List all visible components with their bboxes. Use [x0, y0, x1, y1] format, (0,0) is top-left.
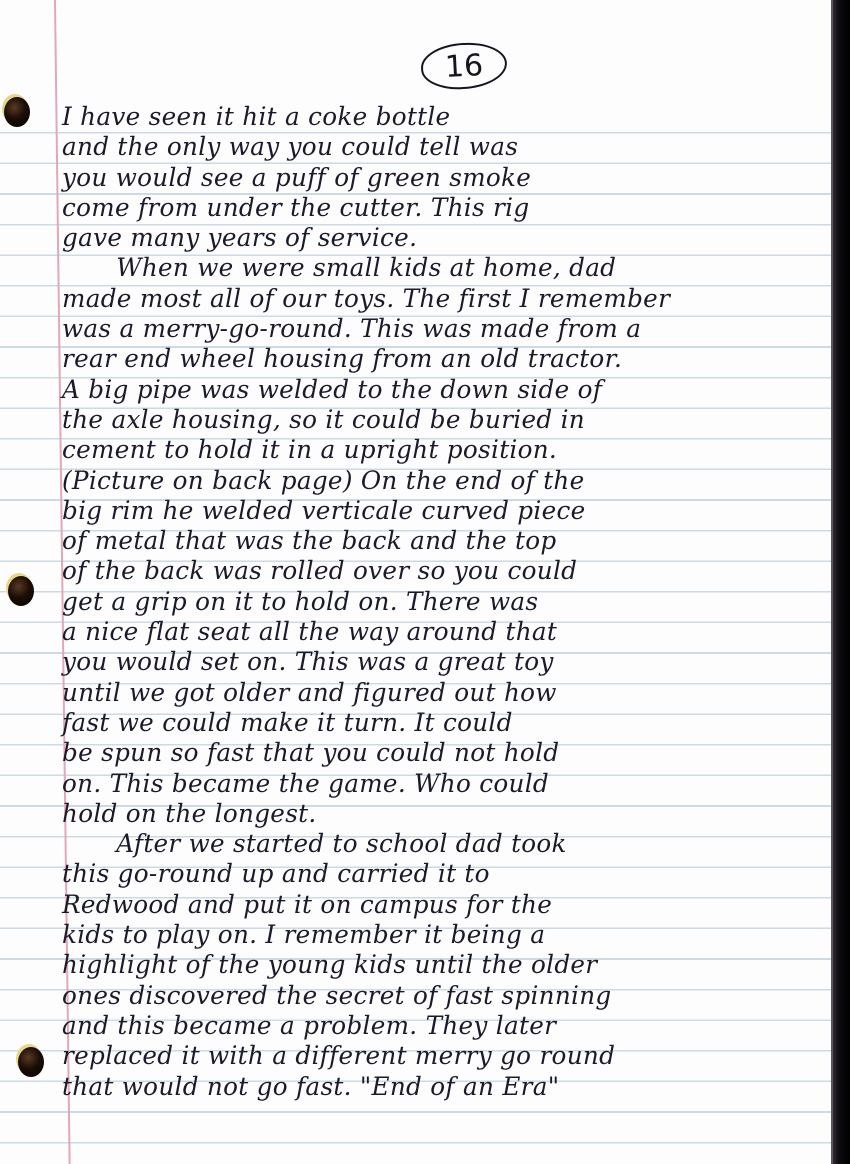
- text-line: get a grip on it to hold on. There was: [62, 587, 822, 617]
- text-line: I have seen it hit a coke bottle: [62, 102, 822, 132]
- text-line: made most all of our toys. The first I r…: [62, 284, 822, 314]
- text-line: kids to play on. I remember it being a: [62, 920, 822, 950]
- text-line: be spun so fast that you could not hold: [62, 738, 822, 768]
- text-line: replaced it with a different merry go ro…: [62, 1041, 822, 1071]
- text-line: hold on the longest.: [62, 799, 822, 829]
- hole-punch-icon: [8, 576, 34, 606]
- hole-punch-icon: [4, 97, 30, 127]
- text-line: gave many years of service.: [62, 223, 822, 253]
- text-line: rear end wheel housing from an old tract…: [62, 344, 822, 374]
- text-line: and this became a problem. They later: [62, 1011, 822, 1041]
- text-line: Redwood and put it on campus for the: [62, 890, 822, 920]
- text-line: you would set on. This was a great toy: [62, 647, 822, 677]
- text-line: the axle housing, so it could be buried …: [62, 405, 822, 435]
- page-edge-shadow: [832, 0, 850, 1164]
- text-line: was a merry-go-round. This was made from…: [62, 314, 822, 344]
- text-line: come from under the cutter. This rig: [62, 193, 822, 223]
- text-line: you would see a puff of green smoke: [62, 163, 822, 193]
- text-line: this go-round up and carried it to: [62, 859, 822, 889]
- handwritten-text: I have seen it hit a coke bottleand the …: [62, 102, 832, 1102]
- text-line: big rim he welded verticale curved piece: [62, 496, 822, 526]
- top-blank-area: [0, 0, 834, 104]
- text-line: When we were small kids at home, dad: [62, 253, 821, 283]
- hole-punch-icon: [18, 1047, 44, 1077]
- text-line: a nice flat seat all the way around that: [62, 617, 822, 647]
- text-line: After we started to school dad took: [62, 829, 821, 859]
- notebook-page: 16 I have seen it hit a coke bottleand t…: [0, 0, 834, 1164]
- page-number-text: 16: [444, 48, 484, 85]
- text-line: highlight of the young kids until the ol…: [62, 950, 822, 980]
- text-line: of metal that was the back and the top: [62, 526, 822, 556]
- text-line: on. This became the game. Who could: [62, 769, 822, 799]
- text-line: A big pipe was welded to the down side o…: [62, 375, 822, 405]
- text-line: (Picture on back page) On the end of the: [62, 466, 822, 496]
- text-line: cement to hold it in a upright position.: [62, 435, 822, 465]
- text-line: until we got older and figured out how: [62, 678, 822, 708]
- text-line: of the back was rolled over so you could: [62, 556, 822, 586]
- text-line: that would not go fast. "End of an Era": [62, 1072, 822, 1102]
- text-line: fast we could make it turn. It could: [62, 708, 822, 738]
- text-line: and the only way you could tell was: [62, 132, 822, 162]
- text-line: ones discovered the secret of fast spinn…: [62, 981, 822, 1011]
- page-edge: [831, 0, 833, 1164]
